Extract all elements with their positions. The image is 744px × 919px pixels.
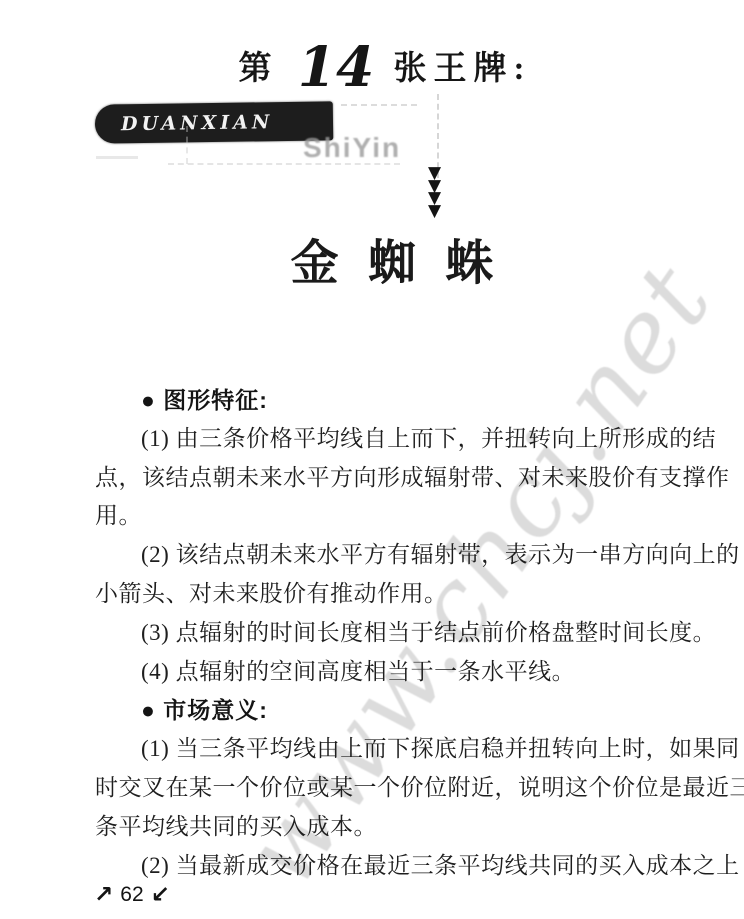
chapter-prefix: 第: [238, 51, 278, 87]
footer-arrow-ne-icon: ↗: [94, 882, 113, 908]
page-title: 金 蜘 蛛: [0, 224, 744, 293]
body-line: 点，该结点朝未来水平方向形成辐射带、对未来股价有支撑作: [95, 459, 743, 498]
body-line: (2) 该结点朝未来水平方有辐射带，表示为一串方向向上的: [95, 536, 743, 575]
series-banner: DUANXIAN: [95, 101, 334, 143]
series-banner-label: DUANXIAN: [121, 111, 274, 135]
faded-box-edge: [96, 156, 138, 159]
scanned-book-page: www.chcj.net 第 14 张王牌: DUANXIAN ShiYin ▼…: [0, 0, 744, 919]
body-line: (1) 当三条平均线由上而下探底启稳并扭转向上时，如果同: [95, 730, 743, 769]
down-arrows-icon: ▼▼▼▼: [428, 167, 441, 217]
chapter-suffix: 张王牌:: [394, 51, 532, 87]
body-line: ● 市场意义:: [95, 691, 743, 730]
faded-subtitle: ShiYin: [303, 132, 401, 164]
down-arrow-icon: ▼: [428, 205, 441, 218]
chapter-heading: 第 14 张王牌:: [0, 34, 744, 99]
body-line: 时交叉在某一个价位或某一个价位附近，说明这个价位是最近三: [95, 769, 743, 808]
faded-box-edge: [168, 163, 400, 165]
body-line: 用。: [95, 497, 743, 536]
body-line: (1) 由三条价格平均线自上而下，并扭转向上所形成的结: [95, 420, 743, 459]
body-line: 小箭头、对未来股价有推动作用。: [95, 575, 743, 614]
body-lines: ● 图形特征:(1) 由三条价格平均线自上而下，并扭转向上所形成的结点，该结点朝…: [95, 381, 743, 885]
body-line: 条平均线共同的买入成本。: [95, 808, 743, 847]
page-number: 62: [120, 883, 143, 907]
faded-box-edge: [186, 126, 188, 164]
chapter-number: 14: [298, 34, 375, 99]
body-line: (2) 当最新成交价格在最近三条平均线共同的买入成本之上: [95, 847, 743, 886]
faded-box-edge: [341, 104, 417, 106]
page-footer: ↗ 62 ↙: [94, 882, 170, 908]
body-line: (4) 点辐射的空间高度相当于一条水平线。: [95, 653, 743, 692]
body-line: (3) 点辐射的时间长度相当于结点前价格盘整时间长度。: [95, 614, 743, 653]
body-line: ● 图形特征:: [95, 381, 743, 420]
footer-arrow-sw-icon: ↙: [151, 882, 170, 908]
